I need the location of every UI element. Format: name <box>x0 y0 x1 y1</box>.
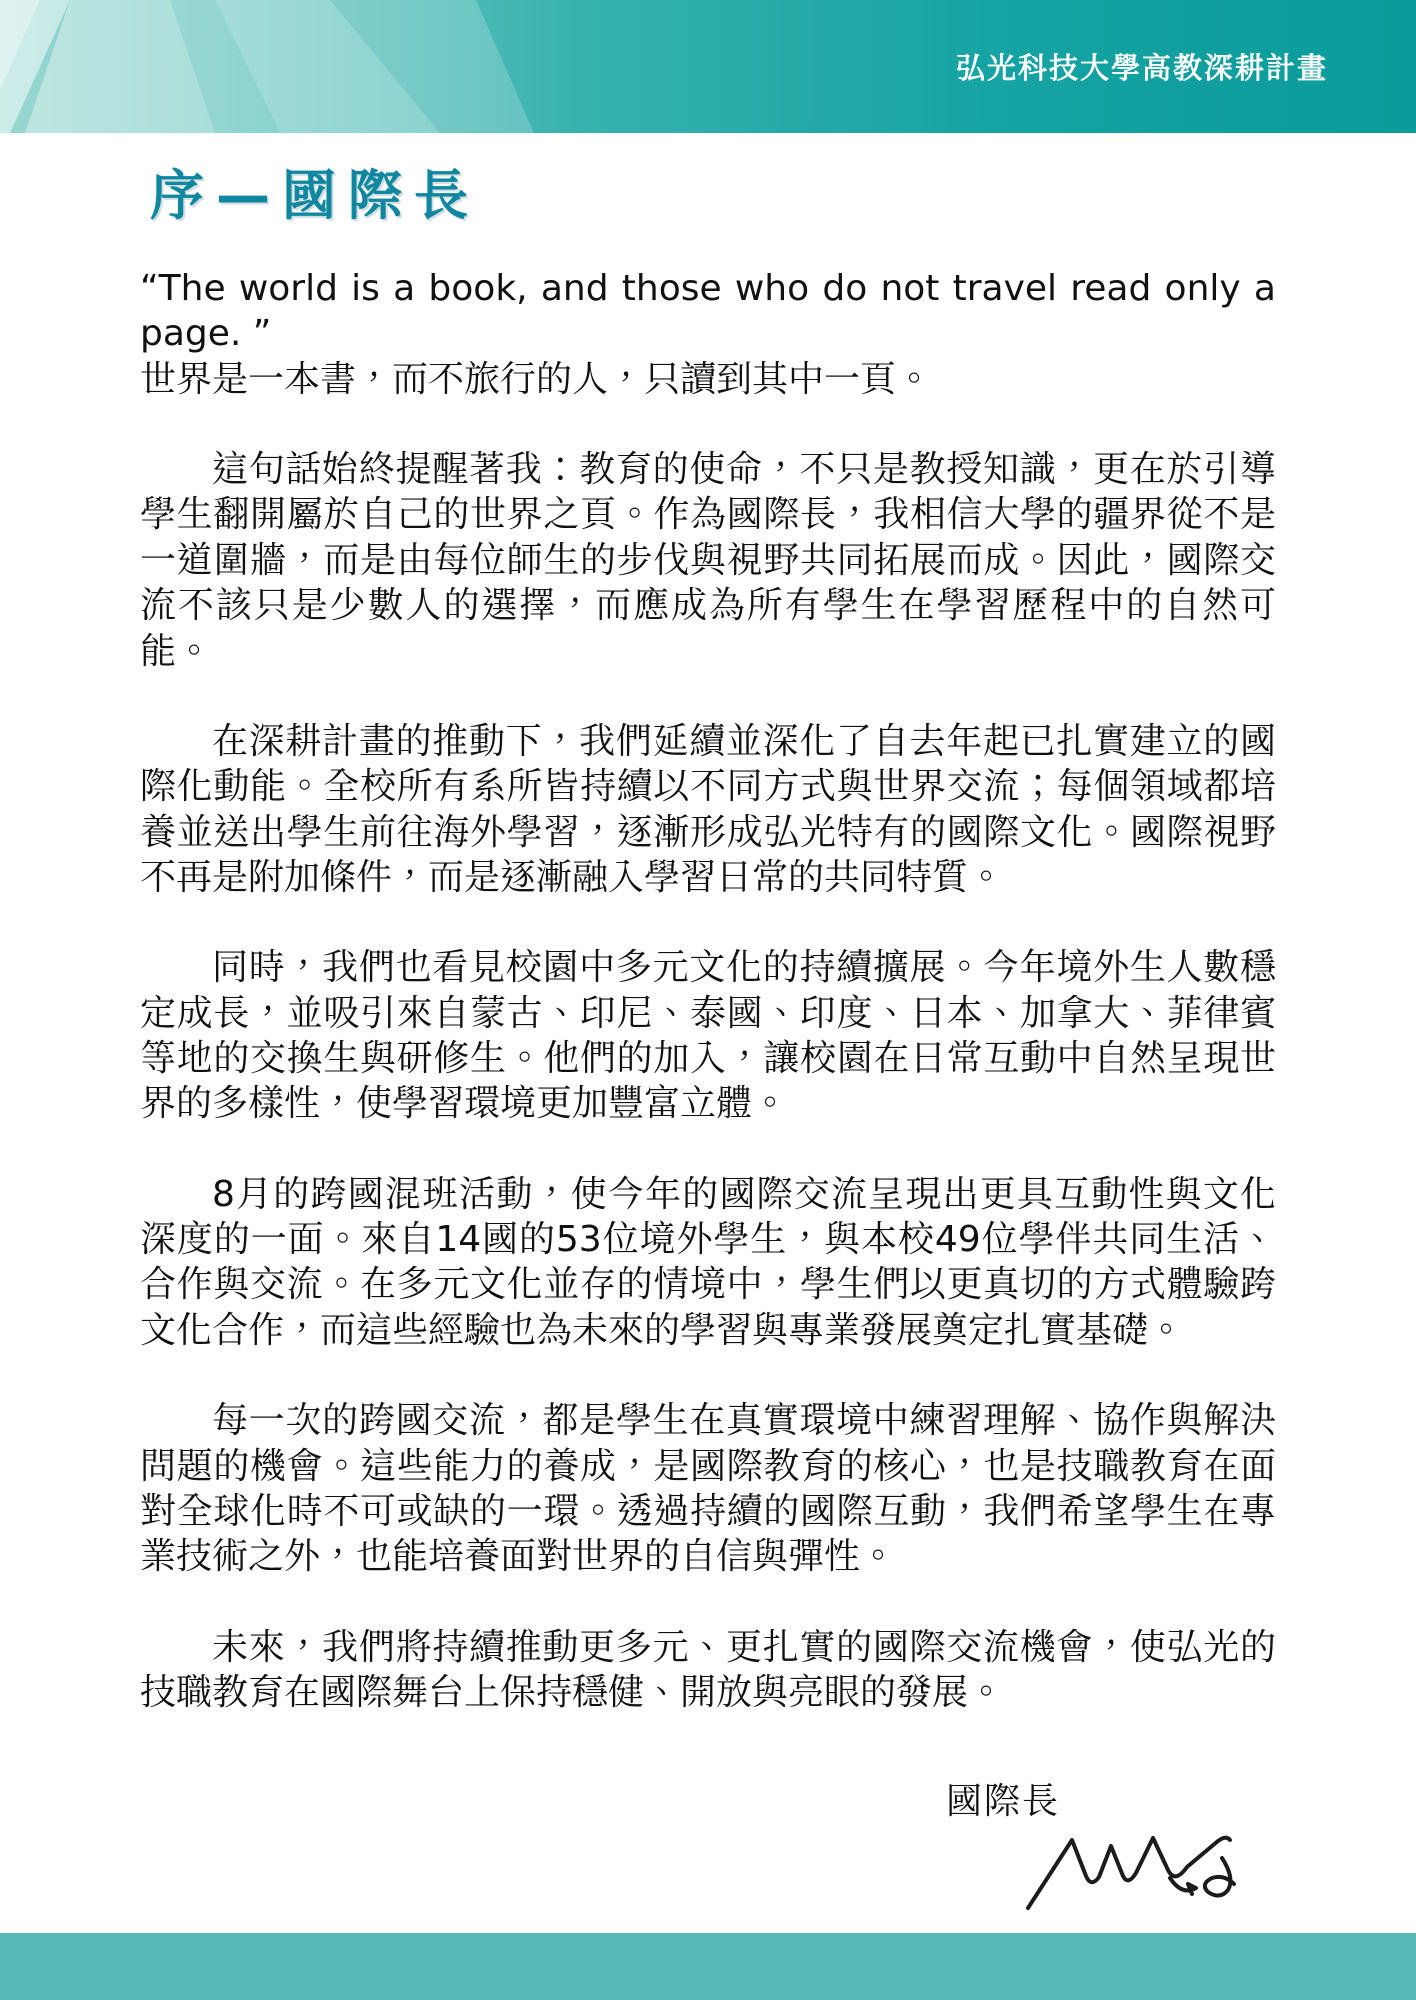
page-header-band: 弘光科技大學高教深耕計畫 <box>0 0 1416 133</box>
page-footer-band <box>0 1933 1416 2000</box>
paragraph-sprout-plan: 在深耕計畫的推動下，我們延續並深化了自去年起已扎實建立的國際化動能。全校所有系所… <box>140 719 1276 900</box>
page-content: 序—國際長 “The world is a book, and those wh… <box>0 133 1416 1914</box>
paragraph-intro: 這句話始終提醒著我：教育的使命，不只是教授知識，更在於引導學生翻開屬於自己的世界… <box>140 447 1276 674</box>
quote-english: “The world is a book, and those who do n… <box>140 266 1276 357</box>
page-title: 序—國際長 <box>150 155 1276 236</box>
paragraph-august-program: 8月的跨國混班活動，使今年的國際交流呈現出更具互動性與文化深度的一面。來自14國… <box>140 1172 1276 1353</box>
quote-translation: 世界是一本書，而不旅行的人，只讀到其中一頁。 <box>140 357 1276 402</box>
program-title: 弘光科技大學高教深耕計畫 <box>956 46 1328 87</box>
signoff-block: 國際長 <box>140 1773 1276 1914</box>
signature-image <box>1022 1826 1242 1914</box>
signoff-role: 國際長 <box>946 1773 1060 1824</box>
paragraph-future: 未來，我們將持續推動更多元、更扎實的國際交流機會，使弘光的技職教育在國際舞台上保… <box>140 1625 1276 1716</box>
paragraph-skills: 每一次的跨國交流，都是學生在真實環境中練習理解、協作與解決問題的機會。這些能力的… <box>140 1398 1276 1579</box>
document-page: 弘光科技大學高教深耕計畫 序—國際長 “The world is a book,… <box>0 0 1416 2000</box>
paragraph-multicultural-campus: 同時，我們也看見校園中多元文化的持續擴展。今年境外生人數穩定成長，並吸引來自蒙古… <box>140 945 1276 1126</box>
